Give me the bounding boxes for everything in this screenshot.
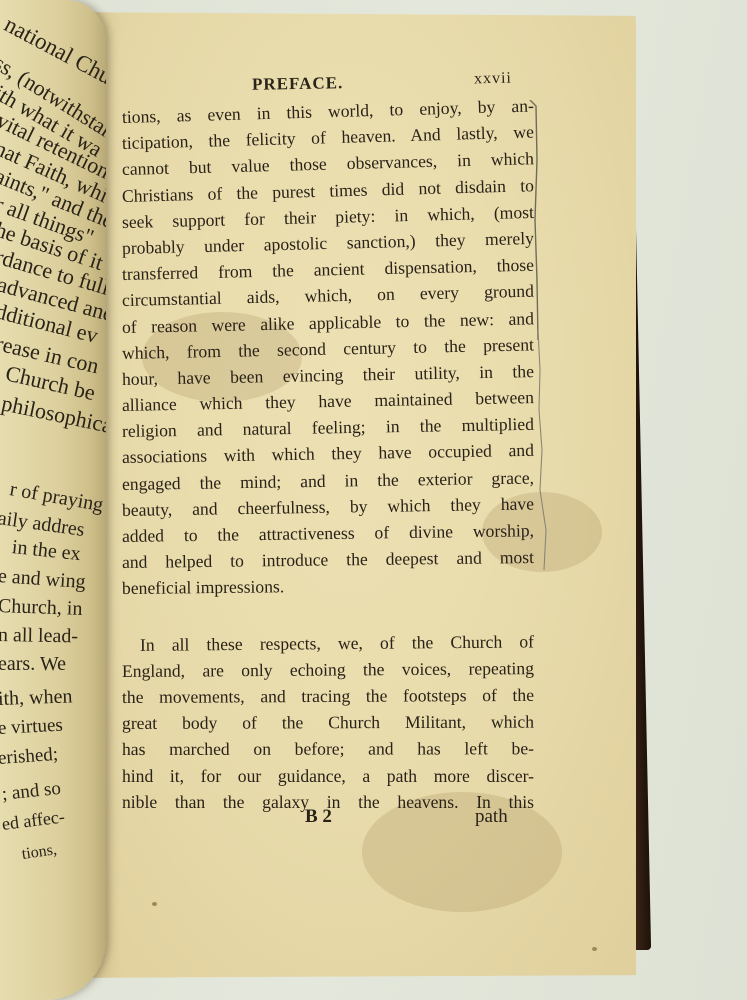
left-fragment: erished; [0,744,59,770]
text-line: England, are only echoing the voices, re… [122,655,534,684]
left-fragment: ; and so [1,778,62,806]
left-fragment: e virtues [0,715,63,740]
text-line: beneficial impressions. [122,571,534,602]
text-line: In all these respects, we, of the Church… [122,628,534,658]
left-fragment: e and wing [0,565,86,594]
left-fragment: in the ex [11,536,82,566]
left-fragment: n all lead- [0,624,78,648]
left-page-curled: national Church ss, (notwithstand ith wh… [0,0,106,1000]
text-line: has marched on before; and has left be- [122,736,534,763]
text-line: the movements, and tracing the footsteps… [122,682,534,710]
left-fragment: ed affec- [1,806,66,835]
text-line: hind it, for our guidance, a path more d… [122,763,534,789]
left-fragment: ith, when [0,685,73,711]
signature-mark: B 2 [305,806,332,828]
page-body: tions, as even in this world, to enjoy, … [122,104,534,815]
left-fragment: ears. We [0,653,66,676]
catchword: path [475,806,508,828]
left-fragment: Church, in [0,595,83,621]
text-line: great body of the Church Militant, which [122,709,534,737]
left-fragment: tions, [21,841,58,864]
running-head: PREFACE. [252,73,344,95]
page-number: xxvii [474,70,512,89]
pencil-margin-mark-lower [536,330,556,570]
